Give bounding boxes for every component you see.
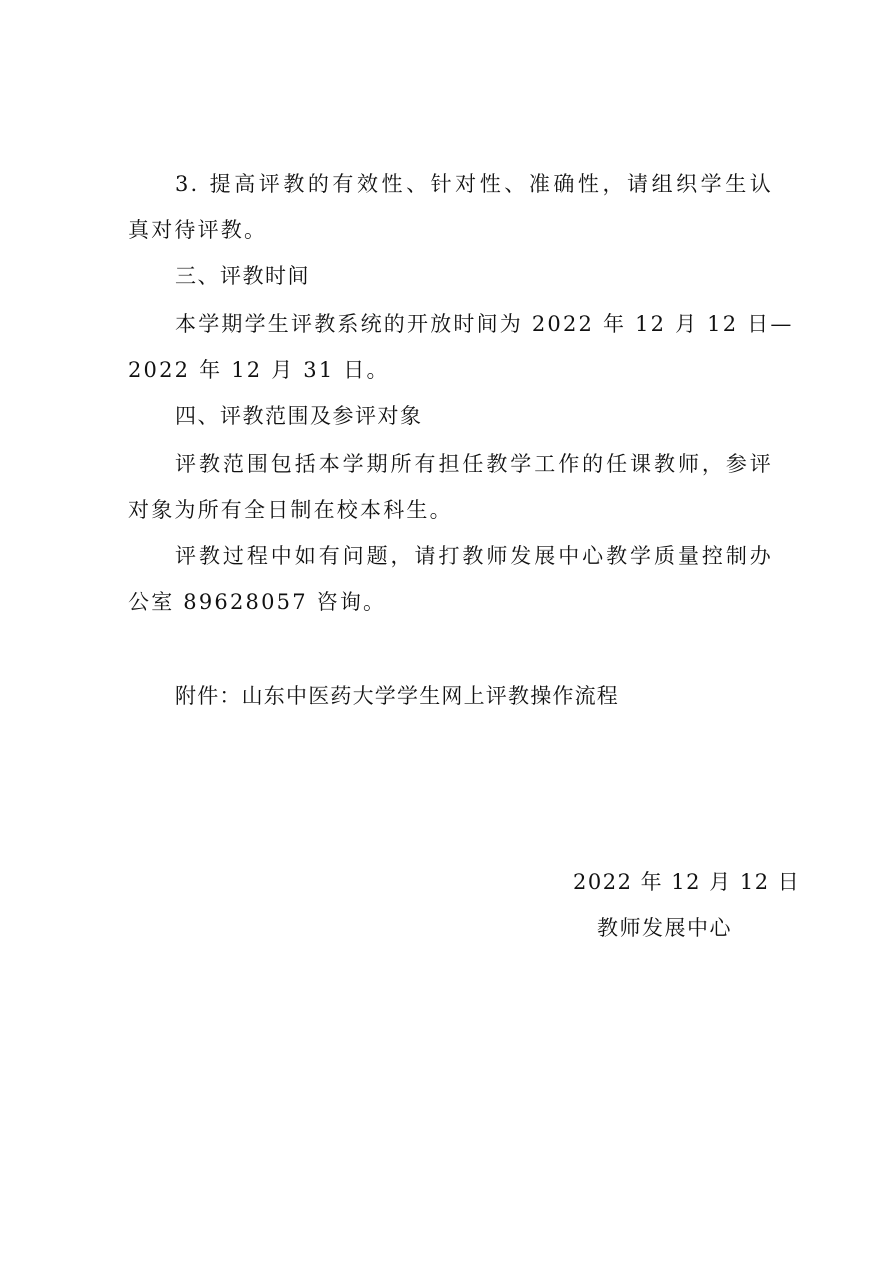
signature-date: 2022 年 12 月 12 日: [573, 868, 800, 896]
section-heading-time: 三、评教时间: [175, 262, 310, 290]
scope-body-line2: 对象为所有全日制在校本科生。: [128, 496, 453, 524]
time-body-line1: 本学期学生评教系统的开放时间为 2022 年 12 月 12 日—: [175, 310, 773, 338]
signature-organization: 教师发展中心: [597, 914, 732, 942]
item3-line1: 3. 提高评教的有效性、针对性、准确性，请组织学生认: [175, 170, 773, 198]
contact-body-line1: 评教过程中如有问题，请打教师发展中心教学质量控制办: [175, 542, 773, 570]
document-page: 3. 提高评教的有效性、针对性、准确性，请组织学生认 真对待评教。 三、评教时间…: [0, 0, 893, 1263]
scope-body-line1: 评教范围包括本学期所有担任教学工作的任课教师，参评: [175, 450, 773, 478]
section-heading-scope: 四、评教范围及参评对象: [175, 402, 423, 430]
contact-body-line2: 公室 89628057 咨询。: [128, 588, 386, 616]
item3-line2: 真对待评教。: [128, 216, 267, 244]
attachment-note: 附件：山东中医药大学学生网上评教操作流程: [175, 682, 619, 710]
time-body-line2: 2022 年 12 月 31 日。: [128, 356, 390, 384]
